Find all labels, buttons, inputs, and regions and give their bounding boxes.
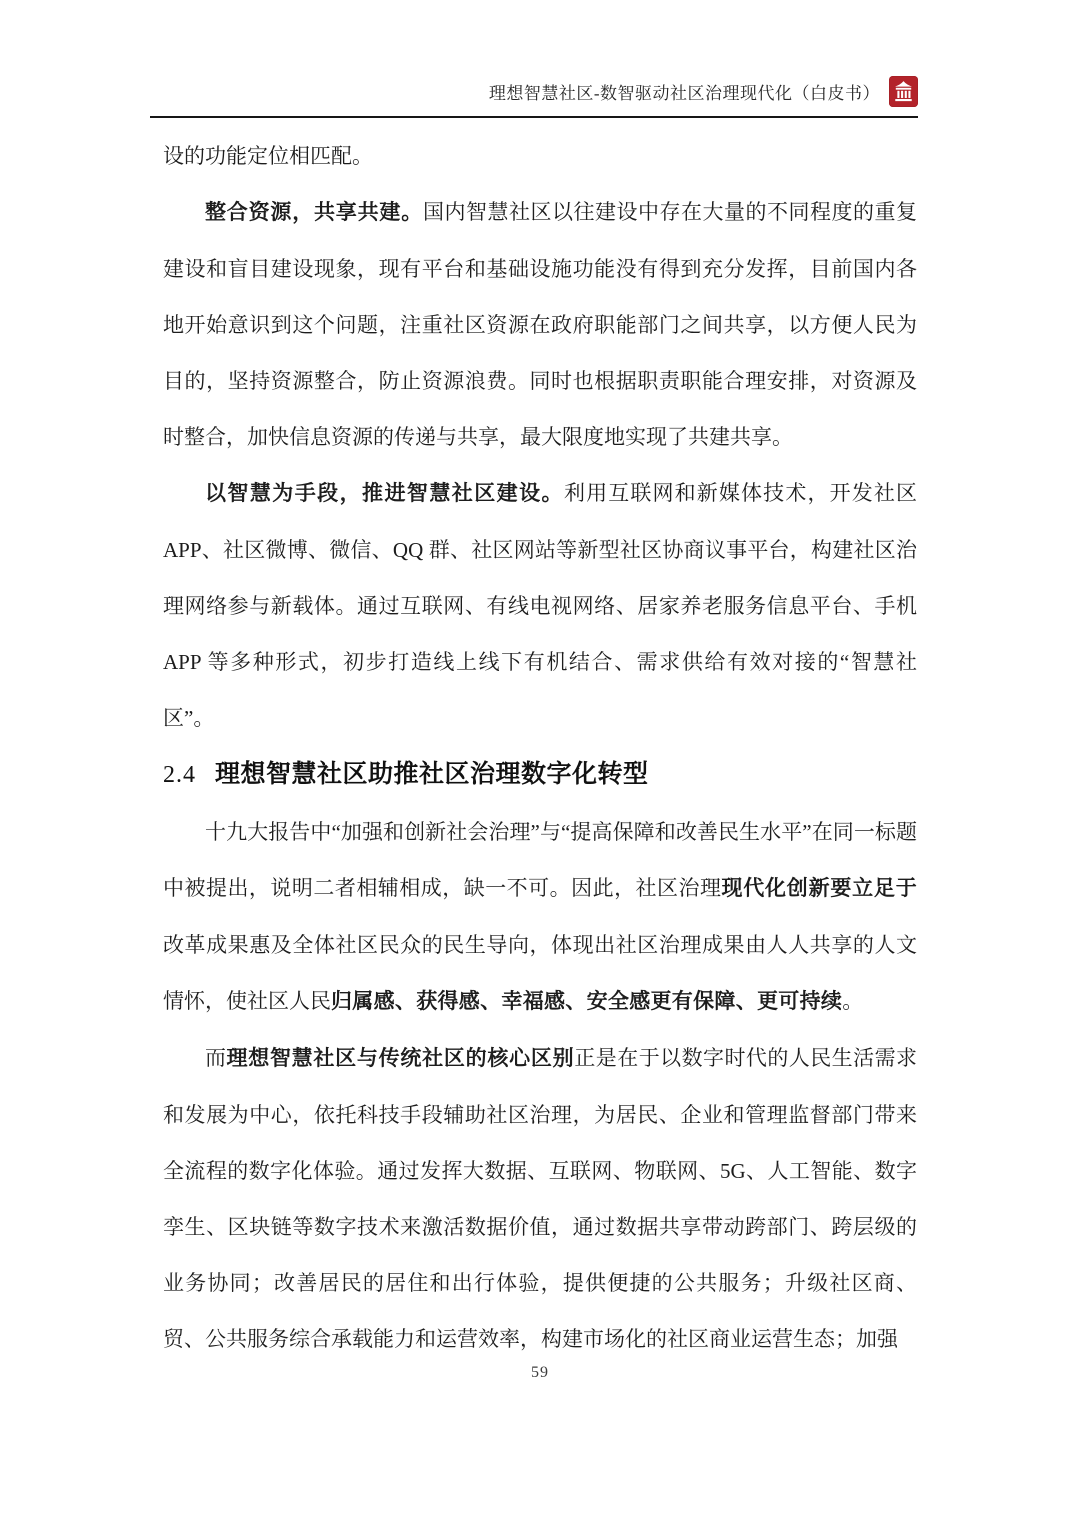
header-title: 理想智慧社区-数智驱动社区治理现代化（白皮书）: [489, 79, 880, 104]
document-page: 理想智慧社区-数智驱动社区治理现代化（白皮书） 设的功能定位相匹配。 整合资源，…: [0, 0, 1080, 1527]
publisher-logo-icon: [889, 76, 918, 107]
body-text: 利用互联网和新媒体技术，开发社区APP、社区微博、微信、QQ 群、社区网站等新型…: [163, 481, 917, 730]
body-text: 而: [205, 1046, 226, 1070]
page-number: 59: [531, 1364, 549, 1381]
paragraph-smart-means: 以智慧为手段，推进智慧社区建设。利用互联网和新媒体技术，开发社区APP、社区微博…: [163, 465, 917, 746]
page-header: 理想智慧社区-数智驱动社区治理现代化（白皮书）: [150, 76, 918, 107]
bold-emphasis: 理想智慧社区与传统社区的核心区别: [226, 1047, 574, 1070]
body-text: 正是在于以数字时代的人民生活需求和发展为中心，依托科技手段辅助社区治理，为居民、…: [163, 1046, 917, 1351]
bold-lead-in: 以智慧为手段，推进智慧社区建设。: [205, 482, 564, 505]
bold-lead-in: 整合资源，共享共建。: [205, 201, 423, 224]
section-title: 理想智慧社区助推社区治理数字化转型: [215, 761, 649, 788]
header-divider: [150, 116, 918, 118]
paragraph-core-difference: 而理想智慧社区与传统社区的核心区别正是在于以数字时代的人民生活需求和发展为中心，…: [163, 1030, 917, 1367]
page-body: 设的功能定位相匹配。 整合资源，共享共建。国内智慧社区以往建设中存在大量的不同程…: [163, 128, 917, 1367]
body-text: 国内智慧社区以往建设中存在大量的不同程度的重复建设和盲目建设现象，现有平台和基础…: [163, 200, 917, 449]
section-number: 2.4: [163, 762, 196, 788]
paragraph-19th-congress: 十九大报告中“加强和创新社会治理”与“提高保障和改善民生水平”在同一标题中被提出…: [163, 804, 917, 1030]
paragraph-continuation: 设的功能定位相匹配。: [163, 128, 917, 184]
paragraph-integrate-resources: 整合资源，共享共建。国内智慧社区以往建设中存在大量的不同程度的重复建设和盲目建设…: [163, 184, 917, 465]
section-heading: 2.4理想智慧社区助推社区治理数字化转型: [163, 746, 917, 804]
page-footer: 59: [0, 1364, 1080, 1382]
body-text: 。: [842, 989, 863, 1013]
bold-emphasis: 现代化创新要立足于: [721, 877, 917, 900]
bold-emphasis: 归属感、获得感、幸福感、安全感更有保障、更可持续: [331, 990, 842, 1013]
body-text: 设的功能定位相匹配。: [163, 144, 373, 168]
